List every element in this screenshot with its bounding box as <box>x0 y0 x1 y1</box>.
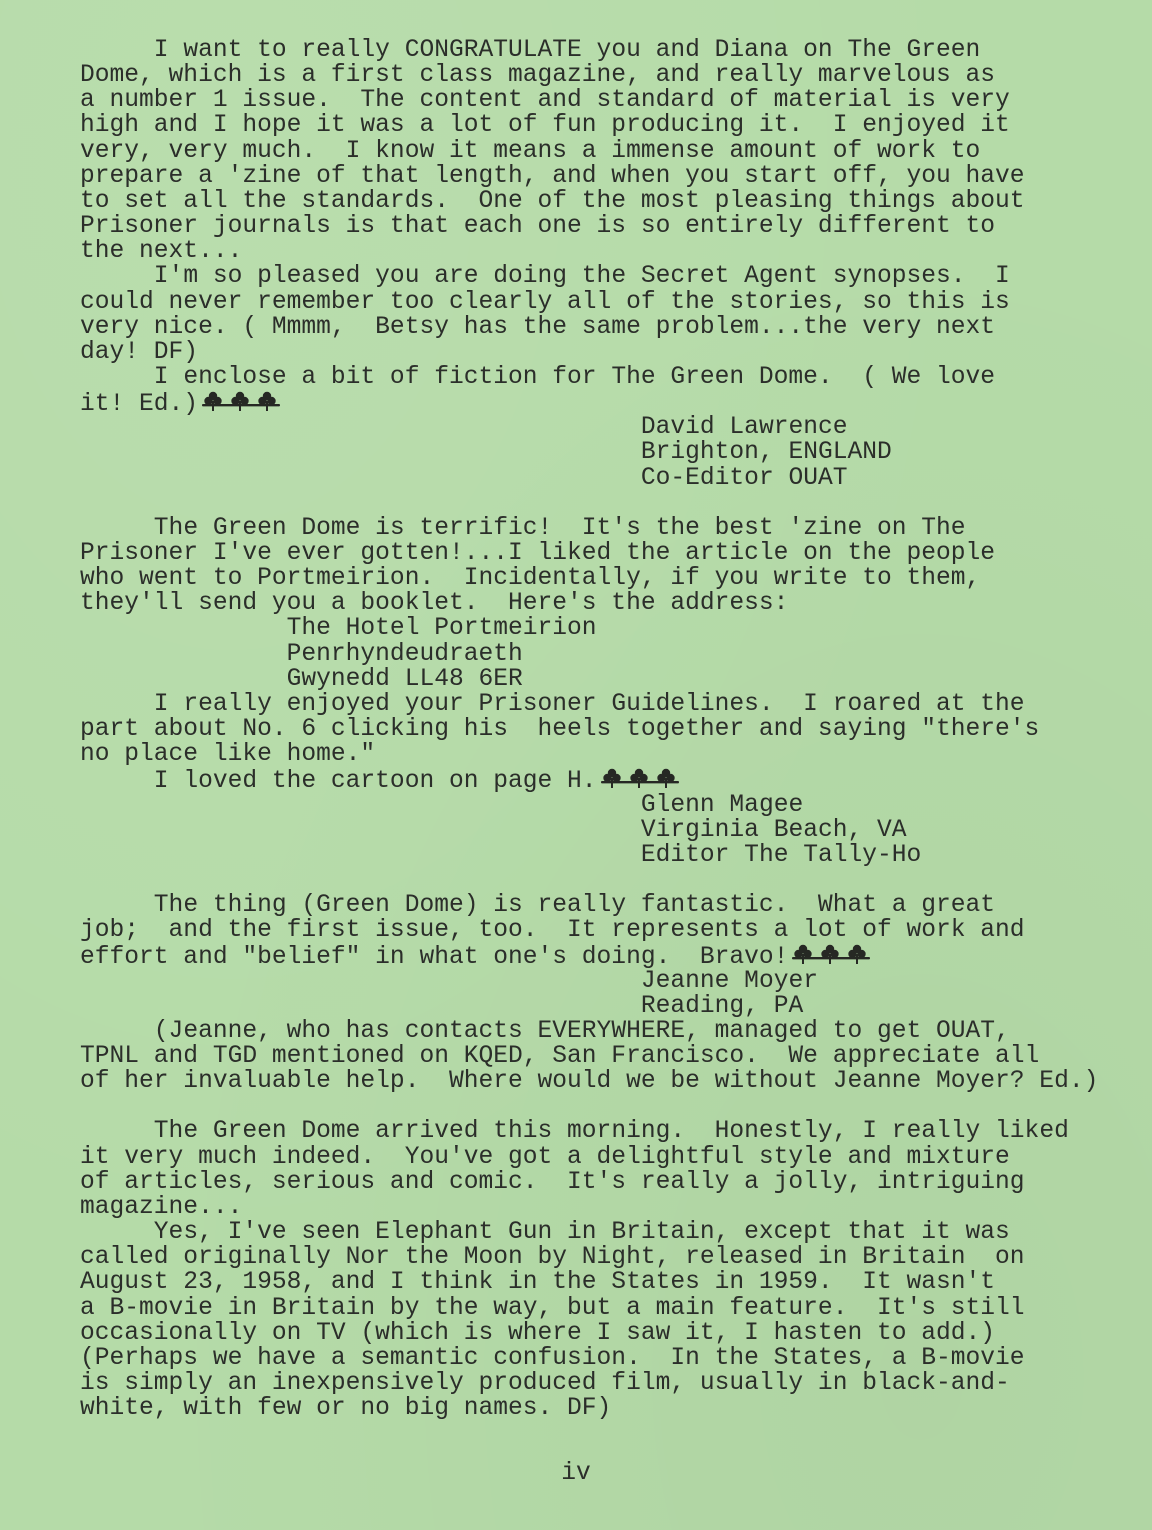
line-text: very, very much. I know it means a immen… <box>80 138 980 165</box>
line-text: I enclose a bit of fiction for The Green… <box>154 364 995 391</box>
line-text: day! DF) <box>80 339 198 366</box>
line-text: Yes, I've seen Elephant Gun in Britain, … <box>154 1219 1010 1246</box>
text-line: The Green Dome is terrific! It's the bes… <box>154 516 966 541</box>
text-line: I enclose a bit of fiction for The Green… <box>154 365 995 390</box>
text-line: Editor The Tally-Ho <box>641 843 921 868</box>
text-line: of her invaluable help. Where would we b… <box>80 1069 1098 1094</box>
line-text: to set all the standards. One of the mos… <box>80 188 1025 215</box>
text-line: Penrhyndeudraeth <box>287 642 523 667</box>
text-line: prepare a 'zine of that length, and when… <box>80 164 1025 189</box>
text-line: TPNL and TGD mentioned on KQED, San Fran… <box>80 1044 1039 1069</box>
line-text: Prisoner I've ever gotten!...I liked the… <box>80 540 995 567</box>
text-line: it! Ed.) <box>80 390 282 415</box>
text-line: Prisoner I've ever gotten!...I liked the… <box>80 541 995 566</box>
text-line: very nice. ( Mmmm, Betsy has the same pr… <box>80 315 995 340</box>
line-text: job; and the first issue, too. It repres… <box>80 917 1025 944</box>
text-line: called originally Nor the Moon by Night,… <box>80 1245 1025 1270</box>
line-text: called originally Nor the Moon by Night,… <box>80 1244 1025 1271</box>
line-text: Prisoner journals is that each one is so… <box>80 213 995 240</box>
text-line: Gwynedd LL48 6ER <box>287 667 523 692</box>
text-line: day! DF) <box>80 340 198 365</box>
line-text: occasionally on TV (which is where I saw… <box>80 1320 995 1347</box>
line-text: it very much indeed. You've got a deligh… <box>80 1144 1010 1171</box>
line-text: no place like home." <box>80 741 375 768</box>
shamrock-triple-icon <box>599 767 681 789</box>
text-line: Prisoner journals is that each one is so… <box>80 214 995 239</box>
line-text: David Lawrence <box>641 414 848 441</box>
document-page: I want to really CONGRATULATE you and Di… <box>0 0 1152 1530</box>
text-line: of articles, serious and comic. It's rea… <box>80 1170 1025 1195</box>
line-text: magazine... <box>80 1194 242 1221</box>
text-line: Brighton, ENGLAND <box>641 440 892 465</box>
line-text: Dome, which is a first class magazine, a… <box>80 62 995 89</box>
text-line: (Perhaps we have a semantic confusion. I… <box>80 1346 1025 1371</box>
line-text: white, with few or no big names. DF) <box>80 1395 611 1422</box>
text-line: The thing (Green Dome) is really fantast… <box>154 893 995 918</box>
line-text: The Hotel Portmeirion <box>287 615 597 642</box>
text-line: Co-Editor OUAT <box>641 466 848 491</box>
line-text: they'll send you a booklet. Here's the a… <box>80 590 788 617</box>
text-line: a number 1 issue. The content and standa… <box>80 88 1010 113</box>
text-line: The Hotel Portmeirion <box>287 616 597 641</box>
text-line: high and I hope it was a lot of fun prod… <box>80 113 1010 138</box>
text-line: Yes, I've seen Elephant Gun in Britain, … <box>154 1220 1010 1245</box>
line-text: the next... <box>80 238 242 265</box>
line-text: (Jeanne, who has contacts EVERYWHERE, ma… <box>154 1018 1010 1045</box>
text-line: white, with few or no big names. DF) <box>80 1396 611 1421</box>
text-line: Virginia Beach, VA <box>641 818 907 843</box>
line-text: Jeanne Moyer <box>641 968 818 995</box>
line-text: Co-Editor OUAT <box>641 465 848 492</box>
line-text: Penrhyndeudraeth <box>287 641 523 668</box>
text-line: job; and the first issue, too. It repres… <box>80 918 1025 943</box>
text-line: I'm so pleased you are doing the Secret … <box>154 264 1010 289</box>
text-line: the next... <box>80 239 242 264</box>
text-line: Jeanne Moyer <box>641 969 818 994</box>
shamrock-triple-icon <box>790 943 872 965</box>
line-text: The thing (Green Dome) is really fantast… <box>154 892 995 919</box>
text-line: effort and "belief" in what one's doing.… <box>80 943 872 968</box>
line-text: a B-movie in Britain by the way, but a m… <box>80 1295 1025 1322</box>
line-text: TPNL and TGD mentioned on KQED, San Fran… <box>80 1043 1039 1070</box>
line-text: Brighton, ENGLAND <box>641 439 892 466</box>
line-text: Virginia Beach, VA <box>641 817 907 844</box>
line-text: The Green Dome arrived this morning. Hon… <box>154 1118 1069 1145</box>
line-text: I want to really CONGRATULATE you and Di… <box>154 37 981 64</box>
line-text: I'm so pleased you are doing the Secret … <box>154 263 1010 290</box>
text-line: I really enjoyed your Prisoner Guideline… <box>154 692 1025 717</box>
line-text: August 23, 1958, and I think in the Stat… <box>80 1269 995 1296</box>
text-line: no place like home." <box>80 742 375 767</box>
shamrock-triple-icon <box>200 390 282 412</box>
text-line: to set all the standards. One of the mos… <box>80 189 1025 214</box>
line-text: could never remember too clearly all of … <box>80 289 1010 316</box>
line-text: part about No. 6 clicking his heels toge… <box>80 716 1039 743</box>
line-text: I really enjoyed your Prisoner Guideline… <box>154 691 1025 718</box>
text-line: magazine... <box>80 1195 242 1220</box>
text-line: a B-movie in Britain by the way, but a m… <box>80 1296 1025 1321</box>
text-line: it very much indeed. You've got a deligh… <box>80 1145 1010 1170</box>
line-text: a number 1 issue. The content and standa… <box>80 87 1010 114</box>
text-line: The Green Dome arrived this morning. Hon… <box>154 1119 1069 1144</box>
line-text: very nice. ( Mmmm, Betsy has the same pr… <box>80 314 995 341</box>
text-line: I want to really CONGRATULATE you and Di… <box>154 38 981 63</box>
text-line: Dome, which is a first class magazine, a… <box>80 63 995 88</box>
text-line: who went to Portmeirion. Incidentally, i… <box>80 566 980 591</box>
line-text: prepare a 'zine of that length, and when… <box>80 163 1025 190</box>
line-text: Glenn Magee <box>641 792 803 819</box>
text-line: August 23, 1958, and I think in the Stat… <box>80 1270 995 1295</box>
text-line: is simply an inexpensively produced film… <box>80 1371 1010 1396</box>
text-line: David Lawrence <box>641 415 848 440</box>
text-line: part about No. 6 clicking his heels toge… <box>80 717 1039 742</box>
line-text: of articles, serious and comic. It's rea… <box>80 1169 1025 1196</box>
line-text: I loved the cartoon on page H. <box>154 768 597 795</box>
line-text: who went to Portmeirion. Incidentally, i… <box>80 565 980 592</box>
line-text: (Perhaps we have a semantic confusion. I… <box>80 1345 1025 1372</box>
line-text: Editor The Tally-Ho <box>641 842 921 869</box>
line-text: The Green Dome is terrific! It's the bes… <box>154 515 966 542</box>
line-text: Reading, PA <box>641 993 803 1020</box>
line-text: of her invaluable help. Where would we b… <box>80 1068 1098 1095</box>
text-line: (Jeanne, who has contacts EVERYWHERE, ma… <box>154 1019 1010 1044</box>
text-line: occasionally on TV (which is where I saw… <box>80 1321 995 1346</box>
line-text: is simply an inexpensively produced film… <box>80 1370 1010 1397</box>
line-text: Gwynedd LL48 6ER <box>287 666 523 693</box>
line-text: high and I hope it was a lot of fun prod… <box>80 112 1010 139</box>
text-line: I loved the cartoon on page H. <box>154 767 681 792</box>
text-line: Reading, PA <box>641 994 803 1019</box>
text-line: could never remember too clearly all of … <box>80 290 1010 315</box>
text-line: Glenn Magee <box>641 793 803 818</box>
text-line: they'll send you a booklet. Here's the a… <box>80 591 788 616</box>
page-number: iv <box>0 1460 1152 1487</box>
text-line: very, very much. I know it means a immen… <box>80 139 980 164</box>
line-text: it! Ed.) <box>80 391 198 418</box>
